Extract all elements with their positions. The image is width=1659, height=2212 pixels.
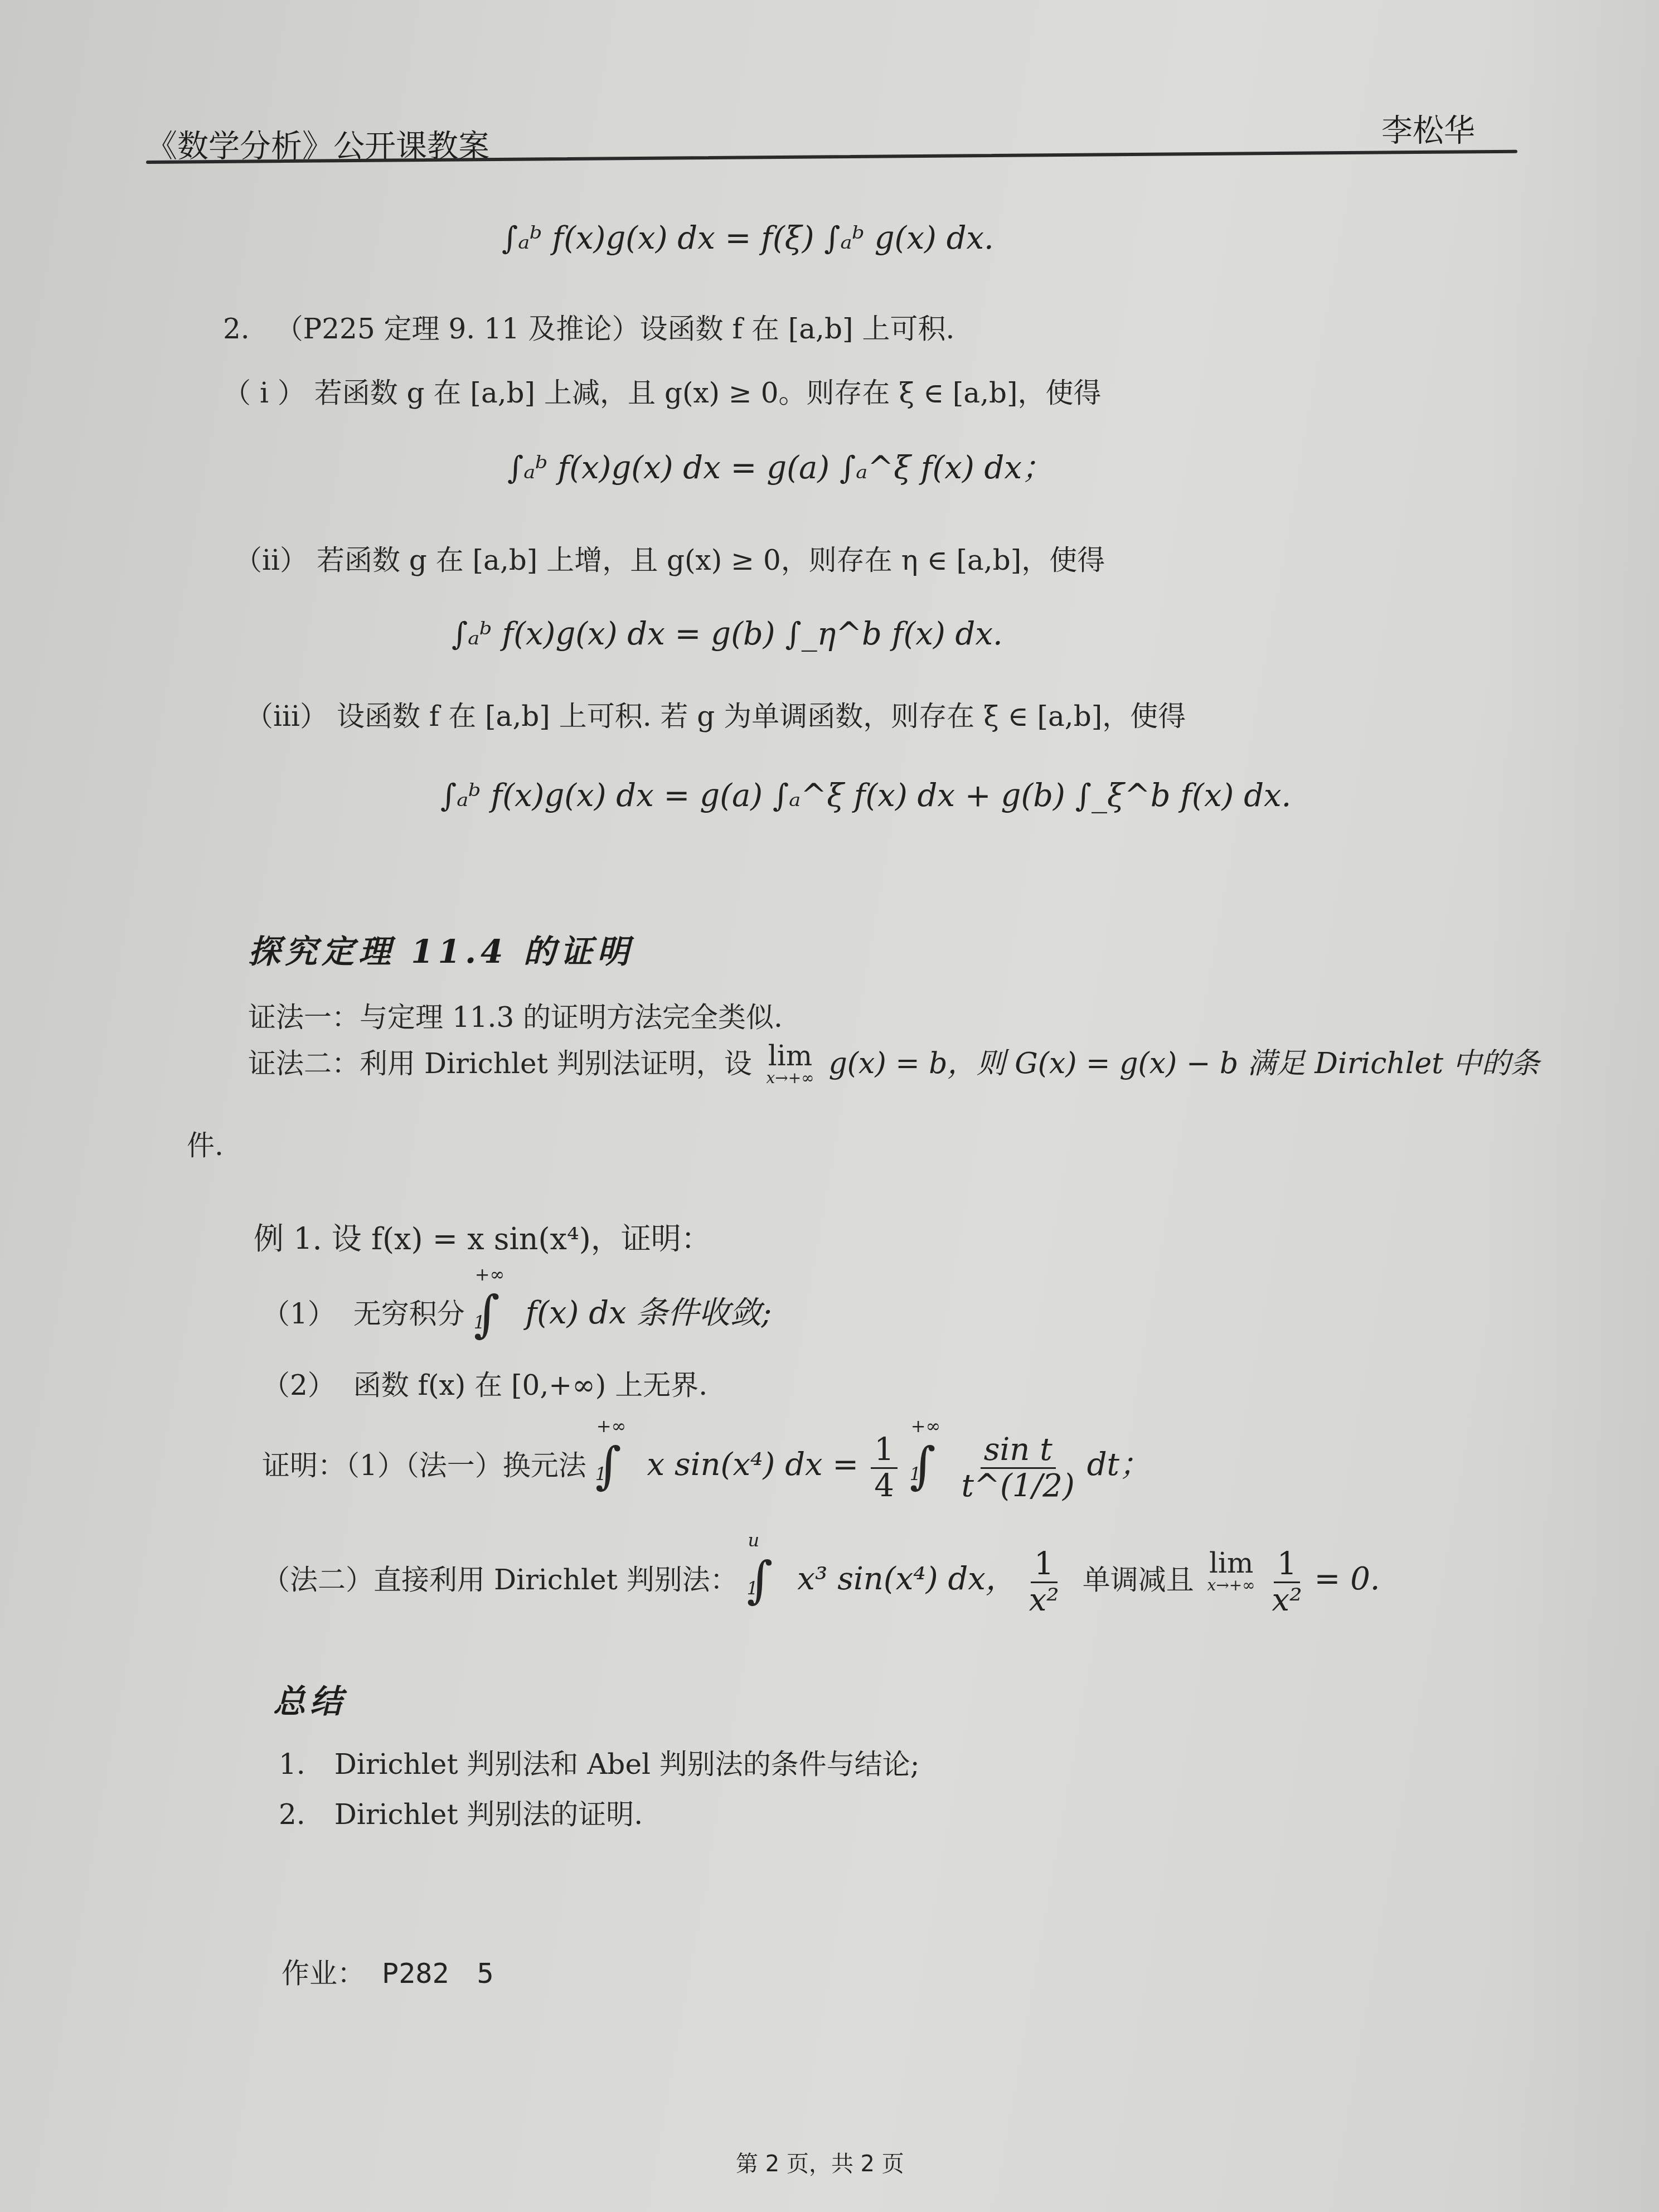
integral-upper: +∞	[475, 1264, 505, 1285]
proof-method-1: 证法一：与定理 11.3 的证明方法完全类似.	[248, 995, 783, 1035]
proof-1-tail: dt；	[1087, 1447, 1151, 1483]
integral-lower: 1	[474, 1312, 485, 1333]
summary-item-num: 1.	[279, 1748, 305, 1781]
example-item-2-label: （2）	[262, 1369, 336, 1401]
case-ii-formula: ∫ₐᵇ f(x)g(x) dx = g(b) ∫_η^b f(x) dx.	[452, 616, 1003, 652]
summary-heading: 总结	[273, 1675, 347, 1722]
example-item-1-text-a: 无穷积分	[353, 1298, 465, 1330]
proof-2-tail: = 0.	[1314, 1561, 1380, 1597]
fraction-sint-over-sqrt-t: sin t t^(1/2)	[962, 1433, 1075, 1503]
case-iii-formula: ∫ₐᵇ f(x)g(x) dx = g(a) ∫ₐ^ξ f(x) dx + g(…	[440, 778, 1291, 814]
theorem2-num: 2.	[223, 313, 250, 345]
frac-den: x²	[1029, 1583, 1059, 1618]
integral-sign: ∫ +∞ 1	[595, 1437, 622, 1495]
homework-value: P282 5	[382, 1957, 494, 1990]
case-ii-line: （ii） 若函数 g 在 [a,b] 上增，且 g(x) ≥ 0，则存在 η ∈…	[234, 538, 1105, 578]
example-item-2: （2） 函数 f(x) 在 [0,+∞) 上无界.	[262, 1363, 707, 1403]
limit-operator: lim x→+∞	[1207, 1547, 1255, 1594]
case-i-label: （ i ）	[223, 377, 305, 409]
fraction-one-quarter: 1 4	[871, 1433, 898, 1503]
integral-sign: ∫ +∞ 1	[910, 1437, 936, 1495]
example-item-1-label: （1）	[262, 1298, 336, 1330]
integral-upper: u	[748, 1530, 760, 1551]
integral-sign: ∫ +∞ 1	[474, 1285, 500, 1343]
example-item-1: （1） 无穷积分 ∫ +∞ 1 f(x) dx 条件收敛;	[262, 1285, 772, 1343]
summary-item-text: Dirichlet 判别法和 Abel 判别法的条件与结论;	[334, 1748, 920, 1781]
formula-top: ∫ₐᵇ f(x)g(x) dx = f(ξ) ∫ₐᵇ g(x) dx.	[502, 220, 994, 256]
summary-item-1: 1. Dirichlet 判别法和 Abel 判别法的条件与结论;	[279, 1742, 920, 1782]
summary-item-num: 2.	[279, 1798, 305, 1831]
frac-den: 4	[874, 1469, 894, 1503]
homework: 作业： P282 5	[282, 1951, 494, 1991]
integral-lower: 1	[595, 1463, 607, 1485]
case-i-formula: ∫ₐᵇ f(x)g(x) dx = g(a) ∫ₐ^ξ f(x) dx；	[507, 443, 1053, 488]
integral-lower: 1	[910, 1463, 921, 1485]
case-i-text: 若函数 g 在 [a,b] 上减，且 g(x) ≥ 0。则存在 ξ ∈ [a,b…	[314, 377, 1102, 409]
frac-num: 1	[1031, 1547, 1058, 1583]
proof-2-body: x³ sin(x⁴) dx，	[797, 1561, 1017, 1597]
case-ii-label: （ii）	[234, 544, 308, 576]
theorem2-intro: 2. （P225 定理 9. 11 及推论）设函数 f 在 [a,b] 上可积.	[223, 307, 954, 347]
proof-method-2-wrap: 件.	[187, 1123, 224, 1163]
summary-item-2: 2. Dirichlet 判别法的证明.	[279, 1792, 643, 1832]
proof-2-mid: 单调减且	[1083, 1564, 1194, 1596]
summary-item-text: Dirichlet 判别法的证明.	[334, 1798, 643, 1831]
case-iii-line: （iii） 设函数 f 在 [a,b] 上可积. 若 g 为单调函数，则存在 ξ…	[245, 694, 1186, 734]
document-page: 《数学分析》公开课教案 李松华 ∫ₐᵇ f(x)g(x) dx = f(ξ) ∫…	[0, 0, 1659, 2212]
fraction-one-over-x-squared: 1 x²	[1272, 1547, 1302, 1617]
case-i-line: （ i ） 若函数 g 在 [a,b] 上减，且 g(x) ≥ 0。则存在 ξ …	[223, 371, 1102, 411]
frac-den: x²	[1272, 1583, 1302, 1618]
integral-upper: +∞	[596, 1415, 626, 1437]
frac-num: sin t	[981, 1433, 1056, 1469]
limit-operator: lim x→+∞	[767, 1040, 814, 1087]
example-item-1-text-b: f(x) dx 条件收敛;	[525, 1295, 772, 1331]
proof-1-prefix: 证明：（1）（法一）换元法	[262, 1449, 586, 1482]
frac-den: t^(1/2)	[962, 1469, 1075, 1503]
integral-sign: ∫ u 1	[747, 1551, 773, 1609]
theorem2-text: （P225 定理 9. 11 及推论）设函数 f 在 [a,b] 上可积.	[275, 313, 955, 345]
proof-1-body: x sin(x⁴) dx =	[647, 1447, 859, 1483]
proof-method-2-text-b: g(x) = b，则 G(x) = g(x) − b 满足 Dirichlet …	[829, 1047, 1540, 1080]
lim-label: lim	[768, 1040, 812, 1072]
proof-2-prefix: （法二）直接利用 Dirichlet 判别法：	[262, 1564, 738, 1596]
frac-num: 1	[1274, 1547, 1301, 1583]
lim-subscript: x→+∞	[767, 1069, 814, 1087]
page-indicator: 第 2 页，共 2 页	[736, 2146, 904, 2178]
case-iii-label: （iii）	[245, 700, 328, 733]
case-ii-text: 若函数 g 在 [a,b] 上增，且 g(x) ≥ 0，则存在 η ∈ [a,b…	[317, 544, 1105, 576]
lim-label: lim	[1209, 1547, 1253, 1579]
section-heading-proof: 探究定理 11.4 的证明	[248, 925, 634, 972]
case-iii-text: 设函数 f 在 [a,b] 上可积. 若 g 为单调函数，则存在 ξ ∈ [a,…	[337, 700, 1186, 733]
lim-subscript: x→+∞	[1207, 1576, 1255, 1594]
fraction-one-over-x-squared: 1 x²	[1029, 1547, 1059, 1617]
integral-upper: +∞	[911, 1415, 940, 1437]
header-author: 李松华	[1381, 106, 1475, 151]
frac-num: 1	[871, 1433, 898, 1469]
paper-shadow	[1481, 0, 1659, 2212]
homework-label: 作业：	[282, 1957, 365, 1990]
proof-method-2: 证法二：利用 Dirichlet 判别法证明，设 lim x→+∞ g(x) =…	[248, 1040, 1540, 1087]
integral-lower: 1	[747, 1578, 758, 1599]
proof-1-method-2: （法二）直接利用 Dirichlet 判别法： ∫ u 1 x³ sin(x⁴)…	[262, 1547, 1380, 1617]
proof-method-2-text-a: 证法二：利用 Dirichlet 判别法证明，设	[248, 1047, 752, 1080]
example-item-2-text: 函数 f(x) 在 [0,+∞) 上无界.	[353, 1369, 707, 1401]
proof-1-method-1: 证明：（1）（法一）换元法 ∫ +∞ 1 x sin(x⁴) dx = 1 4 …	[262, 1433, 1151, 1503]
example-title: 例 1. 设 f(x) = x sin(x⁴)，证明：	[254, 1215, 711, 1258]
